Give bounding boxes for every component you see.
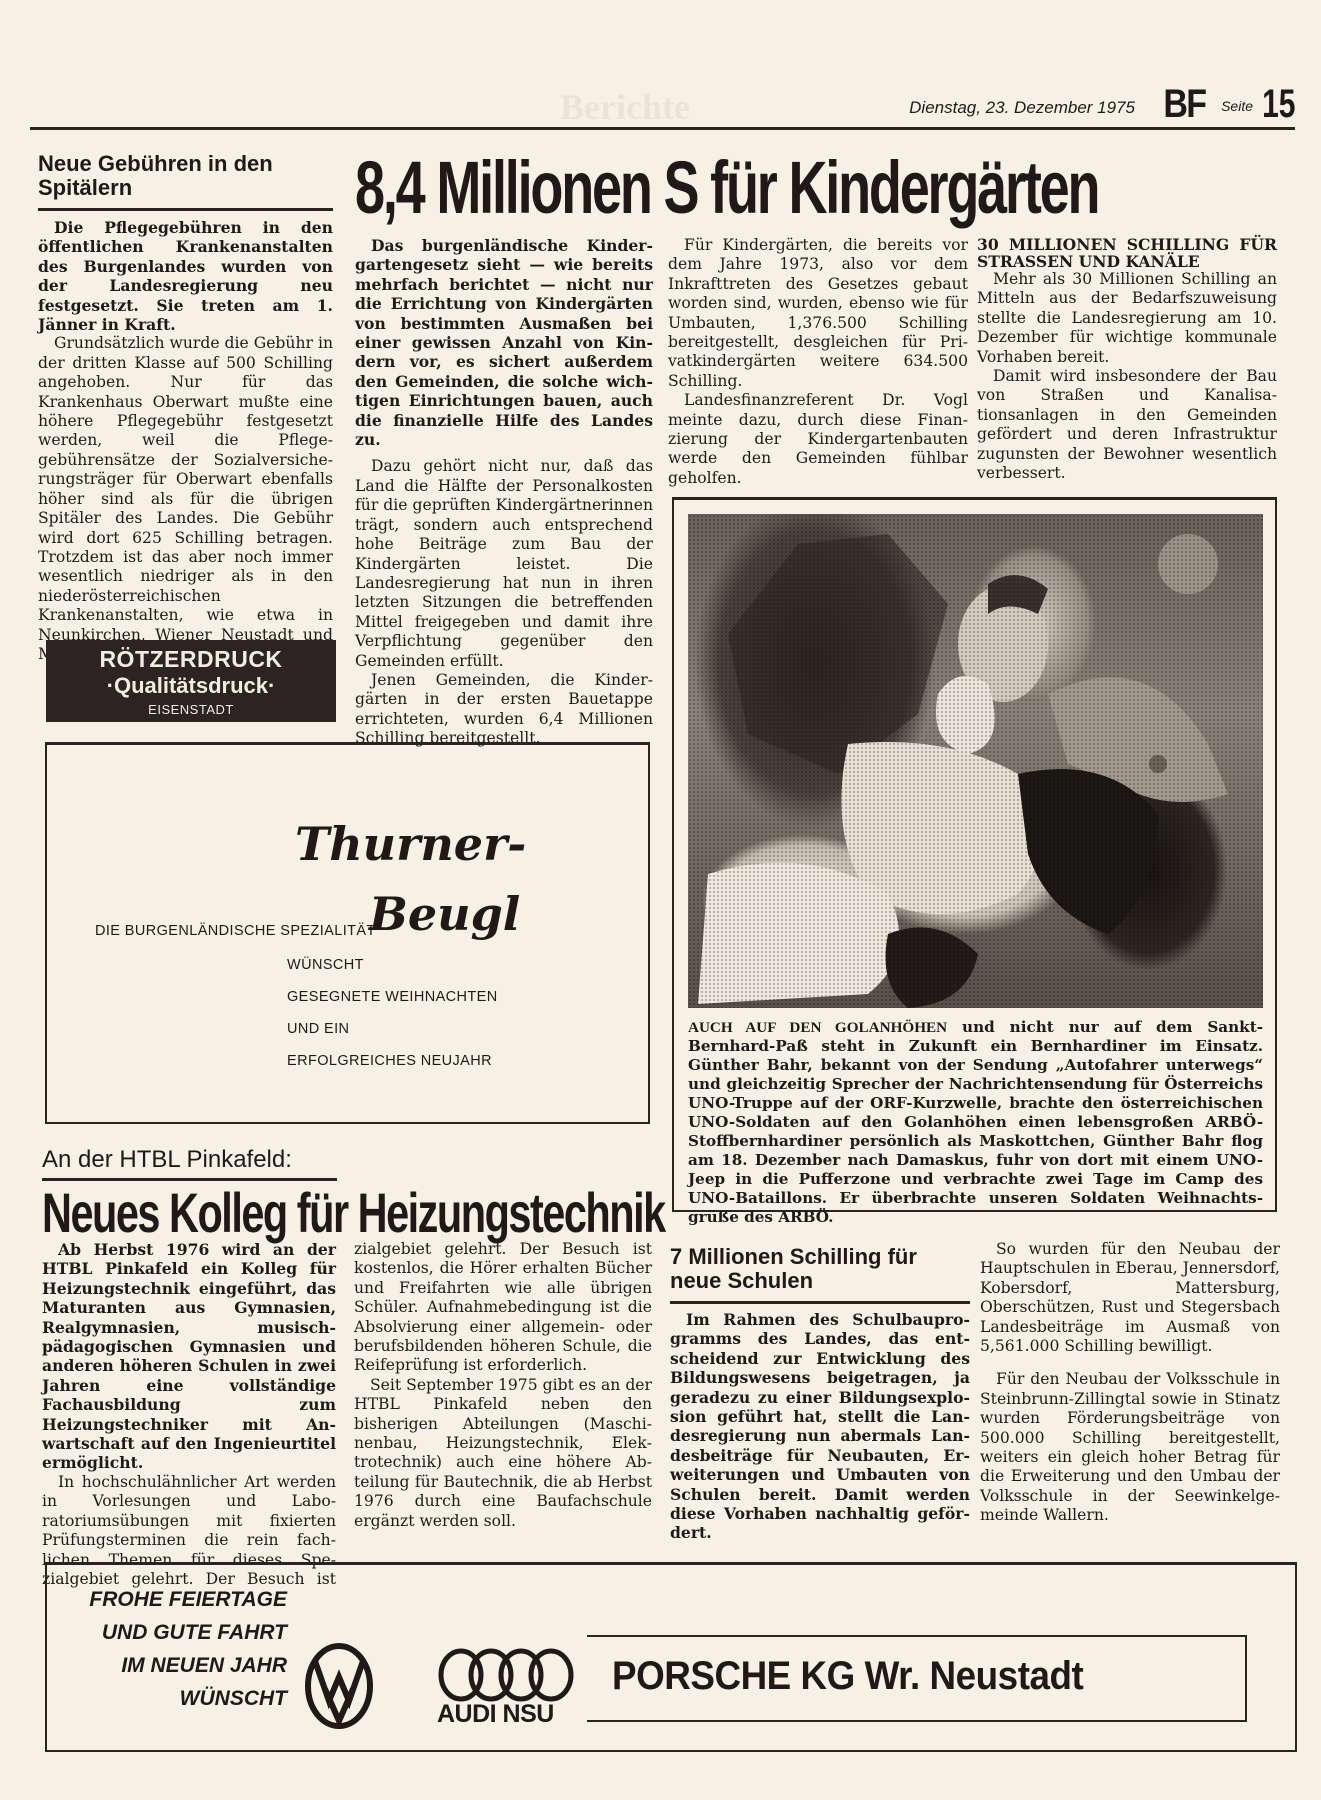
kindergarten-lead: Das burgenländische Kinder­gartengesetz …: [355, 236, 653, 449]
ad-greeting-line: IM NEUEN JAHR: [87, 1649, 287, 1682]
hospital-article-headline: Neue Gebühren in den Spitälern: [38, 152, 333, 211]
htbl-kicker: An der HTBL Pinkafeld:: [42, 1146, 337, 1181]
kindergarten-column-3: 30 MILLIONEN SCHILLING FÜR STRASSEN UND …: [977, 236, 1277, 483]
hospital-article-body: Die Pflegegebühren in den öffentlichen K…: [38, 218, 333, 664]
schools-column-2: So wurden für den Neubau der Hauptschule…: [980, 1240, 1280, 1526]
ad-slogan: ·Qualitätsdruck·: [46, 673, 336, 699]
ad-location: EISENSTADT: [46, 702, 336, 717]
schools-paragraph: Für den Neubau der Volks­schule in Stein…: [980, 1370, 1280, 1525]
page-label: Seite: [1221, 98, 1253, 114]
thurner-beugl-ad: Thurner- Beugl DIE BURGENLÄNDISCHE SPEZI…: [45, 742, 650, 1124]
kindergarten-paragraph: Landesfinanzreferent Dr. Vogl meinte daz…: [668, 391, 968, 488]
hospital-article-paragraph: Grundsätzlich wurde die Ge­bühr in der d…: [38, 334, 333, 664]
hospital-article-lead: Die Pflegegebühren in den öffentlichen K…: [38, 218, 333, 334]
htbl-column-2: zialgebiet gelehrt. Der Besuch ist koste…: [354, 1240, 652, 1531]
ad-greeting-line: ERFOLGREICHES NEUJAHR: [287, 1053, 492, 1069]
schools-headline: 7 Millionen Schilling für neue Schulen: [670, 1245, 970, 1304]
ad-tagline: DIE BURGENLÄNDISCHE SPEZIALITÄT: [95, 923, 376, 939]
vw-logo-icon: [305, 1643, 373, 1729]
kindergarten-column-2: Für Kindergärten, die bereits vor dem Ja…: [668, 236, 968, 488]
ad-greeting-line: WÜNSCHT: [287, 957, 364, 973]
ad-greeting-line: UND GUTE FAHRT: [87, 1616, 287, 1649]
ad-greeting-line: WÜNSCHT: [87, 1682, 287, 1715]
roetzerdruck-ad: RÖTZERDRUCK ·Qualitätsdruck· EISENSTADT: [46, 640, 336, 722]
audi-rings-icon: [437, 1647, 575, 1707]
caption-text: und nicht nur auf dem Sankt-Bernhard-Paß…: [688, 1018, 1263, 1226]
photo-caption: AUCH AUF DEN GOLANHÖHEN und nicht nur au…: [688, 1018, 1263, 1227]
photo-man-with-stuffed-saint-bernard: [688, 514, 1263, 1008]
photo-box: AUCH AUF DEN GOLANHÖHEN und nicht nur au…: [672, 497, 1277, 1212]
kindergarten-paragraph: Dazu gehört nicht nur, daß das Land die …: [355, 457, 653, 670]
htbl-paragraph-continued: zialgebiet gelehrt. Der Besuch ist koste…: [354, 1240, 652, 1376]
dealer-name: PORSCHE KG Wr. Neustadt: [612, 1654, 1083, 1699]
htbl-headline: Neues Kolleg für Heizungstechnik: [42, 1183, 516, 1243]
schools-column-1: Im Rahmen des Schulbaupro­gramms des Lan…: [670, 1310, 970, 1543]
page-number: 15: [1262, 82, 1295, 127]
caption-lead: AUCH AUF DEN GOLANHÖHEN: [688, 1019, 947, 1036]
kindergarten-column-1: Das burgenländische Kinder­gartengesetz …: [355, 236, 653, 749]
kindergarten-paragraph: Jenen Gemeinden, die Kinder­gärten in de…: [355, 671, 653, 749]
masthead: Dienstag, 23. Dezember 1975 BF Seite 15: [30, 80, 1295, 130]
htbl-lead: Ab Herbst 1976 wird an der HTBL Pinkafel…: [42, 1240, 336, 1473]
htbl-paragraph: Seit September 1975 gibt es an der HTBL …: [354, 1376, 652, 1531]
ad-company-name: RÖTZERDRUCK: [46, 646, 336, 673]
htbl-column-1: Ab Herbst 1976 wird an der HTBL Pinkafel…: [42, 1240, 336, 1588]
porsche-vw-audi-ad: FROHE FEIERTAGE UND GUTE FAHRT IM NEUEN …: [45, 1562, 1297, 1752]
ad-brand-line-1: Thurner-: [295, 817, 526, 871]
roads-subheadline: 30 MILLIONEN SCHILLING FÜR STRASSEN UND …: [977, 236, 1277, 270]
roads-paragraph: Mehr als 30 Millionen Schilling an Mitte…: [977, 270, 1277, 367]
dealer-box: PORSCHE KG Wr. Neustadt: [587, 1635, 1247, 1722]
issue-date: Dienstag, 23. Dezember 1975: [909, 98, 1135, 118]
schools-paragraph: So wurden für den Neubau der Hauptschule…: [980, 1240, 1280, 1356]
ad-greeting-line: GESEGNETE WEIHNACHTEN: [287, 989, 498, 1005]
ad-greeting: FROHE FEIERTAGE UND GUTE FAHRT IM NEUEN …: [87, 1583, 287, 1715]
kindergarten-paragraph: Für Kindergärten, die bereits vor dem Ja…: [668, 236, 968, 391]
roads-paragraph: Damit wird insbesondere der Bau von Stra…: [977, 367, 1277, 483]
ad-greeting-line: FROHE FEIERTAGE: [87, 1583, 287, 1616]
audi-nsu-label: AUDI NSU: [437, 1700, 554, 1729]
photo-illustration: [688, 514, 1263, 1008]
schools-lead: Im Rahmen des Schulbaupro­gramms des Lan…: [670, 1310, 970, 1543]
paper-logo: BF: [1163, 82, 1205, 127]
ad-greeting-line: UND EIN: [287, 1021, 349, 1037]
kindergarten-headline: 8,4 Millionen S für Kindergärten: [355, 150, 1041, 226]
ad-brand-line-2: Beugl: [369, 887, 520, 941]
